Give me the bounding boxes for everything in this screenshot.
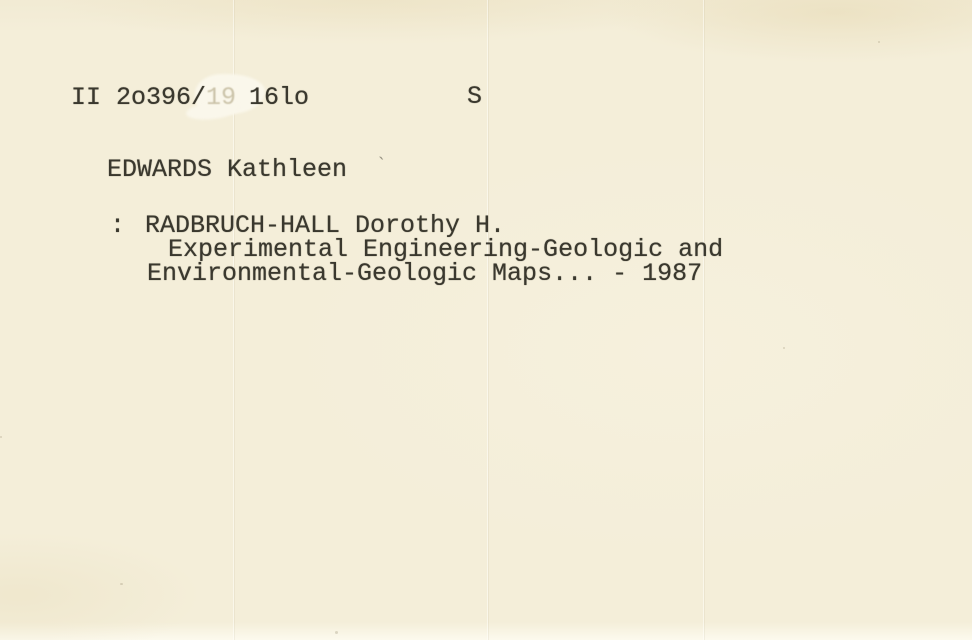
stray-pen-mark: ` bbox=[373, 156, 388, 177]
paper-speck bbox=[335, 631, 338, 634]
reference-colon: : bbox=[110, 213, 125, 238]
paper-speck bbox=[878, 41, 880, 43]
paper-speck bbox=[120, 583, 123, 585]
erased-call-number-text: 19 bbox=[206, 85, 236, 110]
call-number-suffix: 16lo bbox=[249, 85, 309, 110]
scan-crease-line bbox=[703, 0, 704, 640]
title-line-2: Environmental-Geologic Maps... - 1987 bbox=[147, 261, 702, 286]
paper-speck bbox=[0, 436, 2, 438]
paper-speck bbox=[783, 347, 785, 349]
call-number-prefix: II 2o396/ bbox=[71, 85, 206, 110]
catalog-card: 19 II 2o396/ 16lo S EDWARDS Kathleen ` :… bbox=[0, 0, 972, 640]
author-heading: EDWARDS Kathleen bbox=[107, 157, 347, 182]
scan-crease-line bbox=[487, 0, 488, 640]
section-letter: S bbox=[467, 84, 482, 109]
